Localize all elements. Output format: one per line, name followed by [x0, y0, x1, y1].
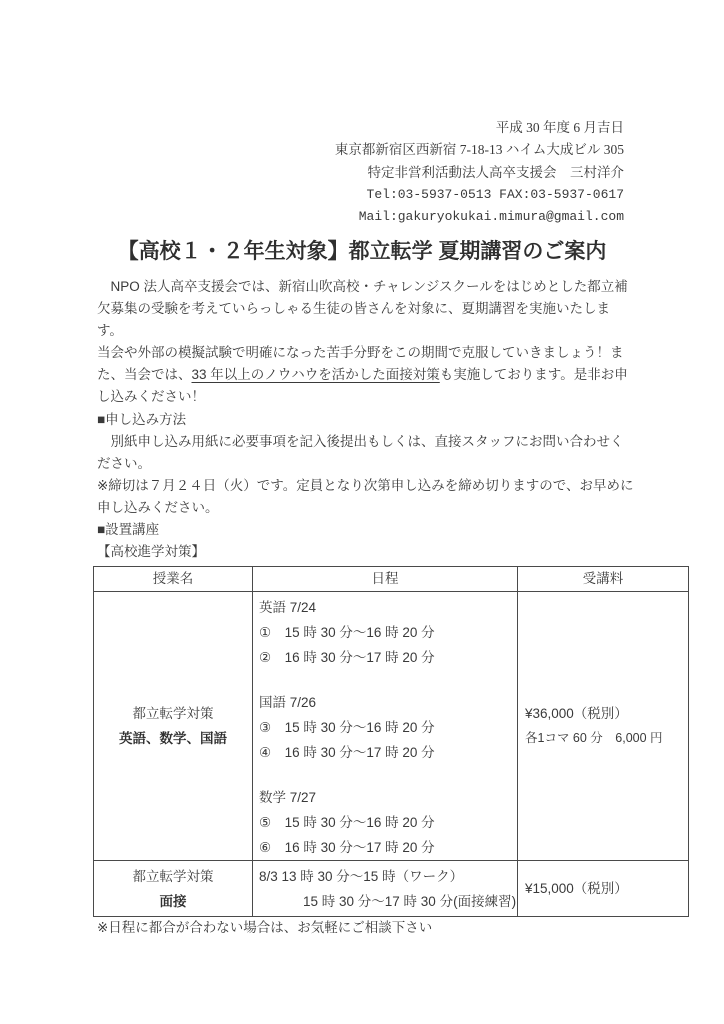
intro-paragraph-1: NPO 法人高卒支援会では、新宿山吹高校・チャレンジスクールをはじめとした都立補… — [97, 276, 634, 342]
intro-paragraph-2: 当会や外部の模擬試験で明確になった苦手分野をこの期間で克服していきましょう！また… — [97, 342, 634, 408]
letterhead-tel-fax: Tel:03-5937-0513 FAX:03-5937-0617 — [97, 184, 624, 206]
schedule-group-english: 英語 7/24 ① 15 時 30 分～16 時 20 分 ② 16 時 30 … — [259, 595, 511, 670]
schedule-slot: ③ 15 時 30 分～16 時 20 分 — [259, 715, 511, 740]
schedule-slot: ④ 16 時 30 分～17 時 20 分 — [259, 740, 511, 765]
footer-note: ※日程に都合が合わない場合は、お気軽にご相談下さい — [97, 917, 634, 939]
schedule-line-work: 8/3 13 時 30 分～15 時（ワーク） — [259, 864, 511, 889]
fee-amount: ¥15,000（税別） — [525, 877, 688, 901]
class-name-line2: 英語、数学、国語 — [94, 726, 252, 751]
document-page: 平成 30 年度 6 月吉日 東京都新宿区西新宿 7-18-13 ハイム大成ビル… — [0, 0, 724, 1024]
fee-per-unit: 各1コマ 60 分 6,000 円 — [525, 726, 688, 750]
fee-cell-subjects: ¥36,000（税別） 各1コマ 60 分 6,000 円 — [518, 592, 689, 861]
column-header-class-name: 授業名 — [94, 567, 253, 592]
letterhead-address: 東京都新宿区西新宿 7-18-13 ハイム大成ビル 305 — [97, 139, 624, 161]
letterhead-organization: 特定非営利活動法人高卒支援会 三村洋介 — [97, 162, 624, 184]
schedule-line-practice: 15 時 30 分～17 時 30 分(面接練習) — [259, 889, 511, 914]
schedule-subject-date: 国語 7/26 — [259, 690, 511, 715]
column-header-schedule: 日程 — [253, 567, 518, 592]
class-name-cell-interview: 都立転学対策 面接 — [94, 861, 253, 917]
schedule-cell-interview: 8/3 13 時 30 分～15 時（ワーク） 15 時 30 分～17 時 3… — [253, 861, 518, 917]
class-name-cell-subjects: 都立転学対策 英語、数学、国語 — [94, 592, 253, 861]
fee-cell-interview: ¥15,000（税別） — [518, 861, 689, 917]
intro-underlined-text: 33 年以上のノウハウを活かした面接対策 — [192, 367, 440, 382]
schedule-slot: ② 16 時 30 分～17 時 20 分 — [259, 645, 511, 670]
apply-section-body: 別紙申し込み用紙に必要事項を記入後提出もしくは、直接スタッフにお問い合わせくださ… — [97, 431, 634, 475]
schedule-subject-date: 英語 7/24 — [259, 595, 511, 620]
apply-deadline-note: ※締切は７月２４日（火）です。定員となり次第申し込みを締め切りますので、お早めに… — [97, 475, 634, 519]
schedule-group-math: 数学 7/27 ⑤ 15 時 30 分～16 時 20 分 ⑥ 16 時 30 … — [259, 785, 511, 860]
table-row-interview: 都立転学対策 面接 8/3 13 時 30 分～15 時（ワーク） 15 時 3… — [94, 861, 689, 917]
letterhead-email: Mail:gakuryokukai.mimura@gmail.com — [97, 206, 624, 228]
schedule-slot: ⑤ 15 時 30 分～16 時 20 分 — [259, 810, 511, 835]
courses-category-label: 【高校進学対策】 — [97, 541, 634, 563]
letterhead: 平成 30 年度 6 月吉日 東京都新宿区西新宿 7-18-13 ハイム大成ビル… — [97, 117, 624, 228]
document-body: NPO 法人高卒支援会では、新宿山吹高校・チャレンジスクールをはじめとした都立補… — [97, 276, 634, 939]
table-row-subjects: 都立転学対策 英語、数学、国語 英語 7/24 ① 15 時 30 分～16 時… — [94, 592, 689, 861]
schedule-slot: ⑥ 16 時 30 分～17 時 20 分 — [259, 835, 511, 860]
schedule-subject-date: 数学 7/27 — [259, 785, 511, 810]
class-name-line1: 都立転学対策 — [94, 701, 252, 726]
class-name-line1: 都立転学対策 — [94, 864, 252, 889]
schedule-slot: ① 15 時 30 分～16 時 20 分 — [259, 620, 511, 645]
fee-amount: ¥36,000（税別） — [525, 702, 688, 726]
courses-section-heading: ■設置講座 — [97, 519, 634, 541]
apply-section-heading: ■申し込み方法 — [97, 409, 634, 431]
column-header-fee: 受講料 — [518, 567, 689, 592]
document-title: 【高校１・２年生対象】都立転学 夏期講習のご案内 — [0, 237, 724, 267]
class-name-line2: 面接 — [94, 889, 252, 914]
schedule-cell-subjects: 英語 7/24 ① 15 時 30 分～16 時 20 分 ② 16 時 30 … — [253, 592, 518, 861]
letterhead-date: 平成 30 年度 6 月吉日 — [97, 117, 624, 139]
course-table: 授業名 日程 受講料 都立転学対策 英語、数学、国語 英語 7/24 ① 15 … — [93, 566, 689, 917]
course-table-header-row: 授業名 日程 受講料 — [94, 567, 689, 592]
schedule-group-japanese: 国語 7/26 ③ 15 時 30 分～16 時 20 分 ④ 16 時 30 … — [259, 690, 511, 765]
